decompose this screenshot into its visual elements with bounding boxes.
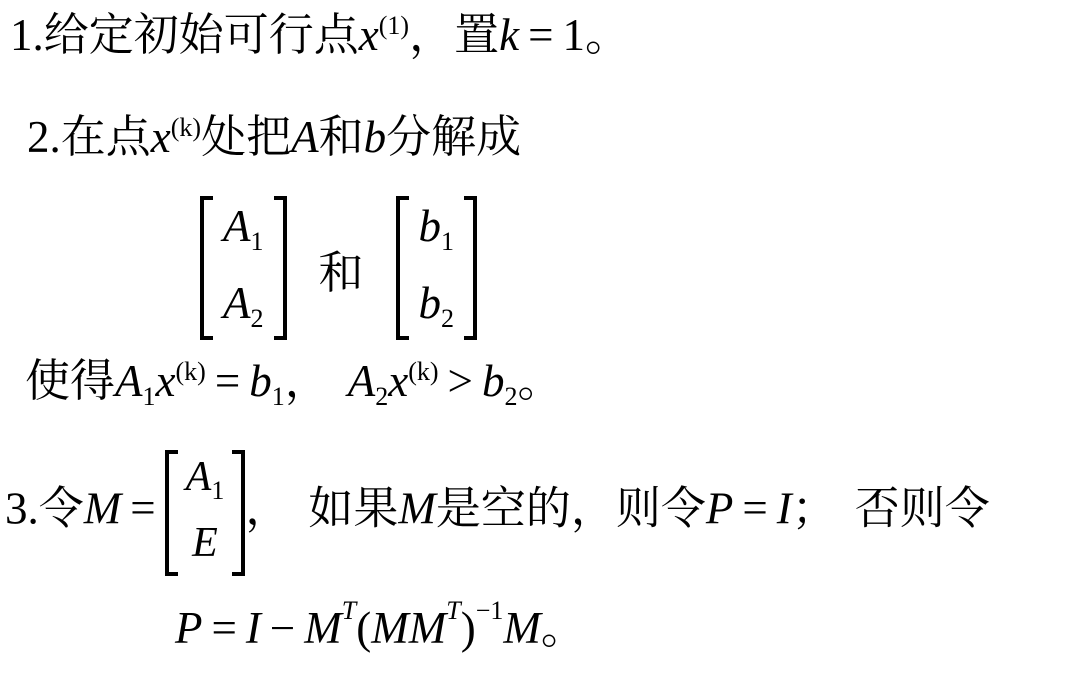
document-page: 1.给定初始可行点x(1)，置k=1。 2.在点x(k)处把A和b分解成 A1 … <box>0 0 1092 674</box>
math-var-P: P <box>706 483 734 533</box>
full-stop: 。 <box>585 10 630 60</box>
matrix-b-cells: b1 b2 <box>409 196 465 340</box>
math-var-M: M <box>84 483 122 533</box>
step2-tail-text: 分解成 <box>386 112 521 162</box>
math-var-MM: MM <box>371 603 446 653</box>
step3-else-text: 否则令 <box>855 483 990 533</box>
right-bracket <box>274 196 287 340</box>
full-stop: 。 <box>541 603 586 653</box>
step1-line: 1.给定初始可行点x(1)，置k=1。 <box>10 10 630 62</box>
equals-sign: = <box>206 356 249 406</box>
projection-formula: P=I−MT(MMT)−1M。 <box>175 596 586 655</box>
math-var-M: M <box>304 603 342 653</box>
left-paren: ( <box>356 603 371 653</box>
math-var-M: M <box>398 483 436 533</box>
matrix-cell: b2 <box>419 281 455 332</box>
math-var: E <box>192 520 218 566</box>
math-sub: 2 <box>441 304 454 333</box>
minus-sign: − <box>261 603 304 653</box>
math-var-x: x <box>156 356 176 406</box>
step2-line: 2.在点x(k)处把A和b分解成 <box>27 112 521 164</box>
step3-line: 3.令M=A1E，如果M是空的，则令P=I；否则令 <box>5 450 990 576</box>
math-var-A: A <box>348 356 376 406</box>
math-var-b: b <box>364 112 387 162</box>
equals-sign: = <box>121 483 164 533</box>
math-sub: 1 <box>251 227 264 256</box>
left-bracket <box>165 450 178 576</box>
right-bracket <box>232 450 245 576</box>
greater-than-sign: > <box>439 356 482 406</box>
math-var-b: b <box>249 356 272 406</box>
full-stop: 。 <box>517 356 562 406</box>
decomposition-block: A1 A2 和 b1 b2 <box>200 196 477 340</box>
math-var-I: I <box>246 603 261 653</box>
step2-mid-text: 处把 <box>201 112 291 162</box>
inverse-sup: −1 <box>476 596 504 625</box>
right-paren: ) <box>461 603 476 653</box>
math-var-b: b <box>482 356 505 406</box>
step3-text: 3.令 <box>5 483 84 533</box>
math-var-P: P <box>175 603 203 653</box>
math-sub: 1 <box>143 382 156 411</box>
matrix-cell: b1 <box>419 204 455 255</box>
step1-mid-text: ，置 <box>409 10 499 60</box>
math-var: b <box>419 278 442 328</box>
math-sup-k: (k) <box>171 113 201 142</box>
matrix-cell: A1 <box>223 204 264 255</box>
math-var: A <box>223 278 251 328</box>
math-var: b <box>419 201 442 251</box>
left-bracket <box>396 196 409 340</box>
and-text: 和 <box>319 112 364 162</box>
matrix-M: A1E <box>165 450 246 576</box>
math-var-x: x <box>151 112 171 162</box>
equals-sign: = <box>203 603 246 653</box>
math-sub: 1 <box>272 382 285 411</box>
math-var-x: x <box>388 356 408 406</box>
math-var-k: k <box>499 10 519 60</box>
step1-text: 1.给定初始可行点 <box>10 10 359 60</box>
step2-text: 2.在点 <box>27 112 151 162</box>
math-var: A <box>186 454 212 500</box>
comma: ， <box>285 356 330 406</box>
math-var: A <box>223 201 251 251</box>
left-bracket <box>200 196 213 340</box>
equals-sign: = <box>733 483 776 533</box>
matrix-cell: A2 <box>223 281 264 332</box>
matrix-cell: A1 <box>186 456 225 504</box>
constraint-text: 使得 <box>25 356 115 406</box>
connector-text: 和 <box>319 236 364 301</box>
step3-cond-text2: 是空的，则令 <box>436 483 706 533</box>
semicolon: ； <box>792 483 837 533</box>
math-sub: 1 <box>441 227 454 256</box>
value-one: 1 <box>562 10 585 60</box>
comma: ， <box>245 483 290 533</box>
matrix-M-cells: A1E <box>178 450 233 576</box>
matrix-cell: E <box>192 522 218 570</box>
matrix-A-cells: A1 A2 <box>213 196 274 340</box>
matrix-A: A1 A2 <box>200 196 287 340</box>
transpose-sup: T <box>446 596 460 625</box>
math-var-A: A <box>115 356 143 406</box>
math-sub: 2 <box>504 382 517 411</box>
math-var-A: A <box>291 112 319 162</box>
constraint-line: 使得A1x(k)=b1，A2x(k)>b2。 <box>25 356 562 412</box>
math-sup-1: (1) <box>379 11 409 40</box>
math-sub: 2 <box>375 382 388 411</box>
math-sup-k: (k) <box>408 357 438 386</box>
math-var-x: x <box>359 10 379 60</box>
math-var-M: M <box>503 603 541 653</box>
math-sub: 2 <box>251 304 264 333</box>
matrix-b: b1 b2 <box>396 196 478 340</box>
math-sub: 1 <box>211 476 224 505</box>
math-var-I: I <box>777 483 792 533</box>
step3-cond-text: 如果 <box>308 483 398 533</box>
right-bracket <box>464 196 477 340</box>
equals-sign: = <box>519 10 562 60</box>
transpose-sup: T <box>342 596 356 625</box>
math-sup-k: (k) <box>176 357 206 386</box>
